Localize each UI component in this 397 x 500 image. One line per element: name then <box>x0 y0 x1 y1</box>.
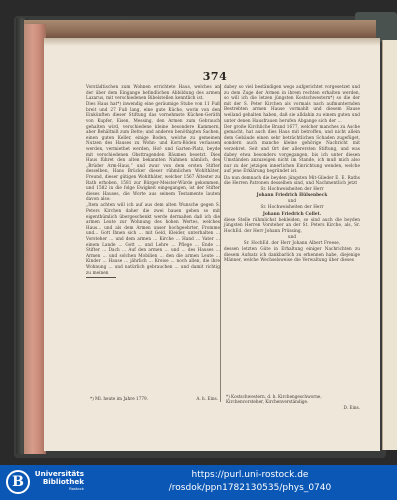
footnote-signature: D. Eins. <box>226 405 360 410</box>
url-line-2: /rosdok/ppn1782130535/phys_0740 <box>140 482 360 495</box>
honorific-line: Sr. HochEd. der Herr Johann Albert Frees… <box>224 240 360 246</box>
person-name: Johann Friedrich Collet. <box>224 211 360 217</box>
page-shadow <box>44 38 380 46</box>
permalink-url[interactable]: https://purl.uni-rostock.de /rosdok/ppn1… <box>140 469 360 495</box>
right-footnote: *) Kostschwestern, d. h. Kirchengeschwor… <box>226 394 360 410</box>
column-divider <box>220 84 221 402</box>
paragraph: dabey so viel beständigen wegs aufgerich… <box>224 84 360 123</box>
paragraph: dessen letzten Güte in Erhaltung einiger… <box>224 246 360 263</box>
page-edge-top <box>24 20 376 40</box>
page-edge-left <box>24 24 46 454</box>
conjunction: und <box>224 234 360 240</box>
ub-rostock-logo-icon[interactable]: B <box>6 470 30 494</box>
honorific-line: Sr. Hochweisheiten der Herr <box>224 204 360 210</box>
scanned-book-image: 374 Vorstädtischen zum Wohnen errichtete… <box>0 0 397 465</box>
brand-line-3: Rostock <box>32 486 84 491</box>
paragraph: Vorstädtischen zum Wohnen errichtete Hau… <box>86 84 220 101</box>
url-line-1: https://purl.uni-rostock.de <box>140 469 360 482</box>
left-column: Vorstädtischen zum Wohnen errichtete Hau… <box>86 84 220 280</box>
paragraph: diese Stelle rühmlichst bekleiden, so si… <box>224 217 360 234</box>
paragraph: Der große Kirchliche Brand 1677, welcher… <box>224 124 360 174</box>
library-footer-banner: B Universitäts Bibliothek Rostock https:… <box>0 465 397 500</box>
page-number: 374 <box>200 70 230 83</box>
footnote-rule <box>86 277 116 278</box>
logo-monogram: B <box>8 472 28 492</box>
honorific-line: Sr. Hochweisheiten der Herr <box>224 186 360 192</box>
footnote-signature: A. h. Eins. <box>196 396 218 401</box>
left-footnote: *) Ml. heute im Jahre 1779. A. h. Eins. <box>90 396 218 401</box>
paragraph: Da nun demnach die beyden jüngsten Mit-G… <box>224 175 360 186</box>
footnote-text: *) Kostschwestern, d. h. Kirchengeschwor… <box>226 394 360 405</box>
paragraph: „Item achten will ich auf aus dem alten … <box>86 202 220 275</box>
person-name: Johann Friedrich Hülsenbeck <box>224 192 360 198</box>
footnote-text: *) Ml. heute im Jahre 1779. <box>90 396 148 401</box>
next-page-edge <box>382 40 397 450</box>
right-column: dabey so viel beständigen wegs aufgerich… <box>224 84 360 263</box>
library-brand[interactable]: Universitäts Bibliothek Rostock <box>32 470 84 491</box>
conjunction: und <box>224 198 360 204</box>
brand-line-2: Bibliothek <box>32 478 84 486</box>
paragraph: Dies Haus hat*) inwendig eine geräumige … <box>86 101 220 202</box>
